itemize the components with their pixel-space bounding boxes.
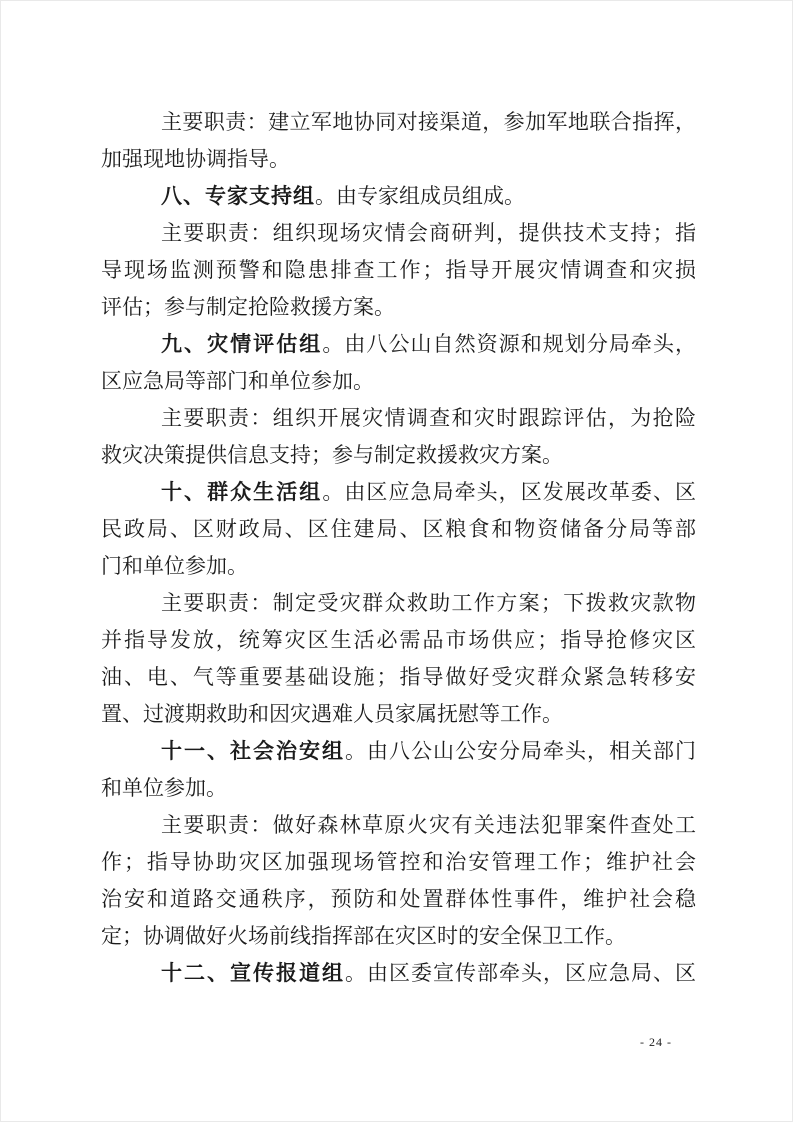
text-line: 救灾决策提供信息支持；参与制定救援救灾方案。 bbox=[101, 437, 696, 474]
section-line: 十二、宣传报道组。由区委宣传部牵头，区应急局、区 bbox=[101, 955, 696, 992]
line-text: 。由区委宣传部牵头，区应急局、区 bbox=[345, 961, 696, 985]
document-page: 主要职责：建立军地协同对接渠道，参加军地联合指挥，加强现地协调指导。八、专家支持… bbox=[0, 0, 793, 1122]
section-heading: 八、专家支持组 bbox=[161, 185, 315, 208]
section-heading: 十、群众生活组 bbox=[161, 481, 322, 504]
line-text: 区应急局等部门和单位参加。 bbox=[101, 369, 374, 393]
line-text: 主要职责：做好森林草原火灾有关违法犯罪案件查处工 bbox=[161, 813, 696, 837]
line-text: 治安和道路交通秩序，预防和处置群体性事件，维护社会稳 bbox=[101, 887, 696, 911]
text-line: 主要职责：组织现场灾情会商研判，提供技术支持；指 bbox=[101, 215, 696, 252]
text-line: 主要职责：制定受灾群众救助工作方案；下拨救灾款物 bbox=[101, 585, 696, 622]
line-text: 置、过渡期救助和因灾遇难人员家属抚慰等工作。 bbox=[101, 702, 563, 726]
line-text: 主要职责：建立军地协同对接渠道，参加军地联合指挥， bbox=[161, 110, 696, 134]
section-line: 九、灾情评估组。由八公山自然资源和规划分局牵头， bbox=[101, 326, 696, 363]
line-text: 和单位参加。 bbox=[101, 776, 227, 800]
line-text: 并指导发放，统筹灾区生活必需品市场供应；指导抢修灾区 bbox=[101, 628, 696, 652]
text-line: 评估；参与制定抢险救援方案。 bbox=[101, 289, 696, 326]
line-text: 主要职责：制定受灾群众救助工作方案；下拨救灾款物 bbox=[161, 591, 696, 615]
line-text: 评估；参与制定抢险救援方案。 bbox=[101, 295, 395, 319]
line-text: 民政局、区财政局、区住建局、区粮食和物资储备分局等部 bbox=[101, 517, 696, 541]
text-line: 加强现地协调指导。 bbox=[101, 141, 696, 178]
line-text: 油、电、气等重要基础设施；指导做好受灾群众紧急转移安 bbox=[101, 665, 696, 689]
page-number: - 24 - bbox=[640, 1034, 672, 1050]
section-line: 十、群众生活组。由区应急局牵头，区发展改革委、区 bbox=[101, 474, 696, 511]
line-text: 门和单位参加。 bbox=[101, 554, 248, 578]
line-text: 加强现地协调指导。 bbox=[101, 147, 290, 171]
text-line: 并指导发放，统筹灾区生活必需品市场供应；指导抢修灾区 bbox=[101, 622, 696, 659]
section-heading: 九、灾情评估组 bbox=[161, 333, 322, 356]
text-line: 作；指导协助灾区加强现场管控和治安管理工作；维护社会 bbox=[101, 844, 696, 881]
text-line: 门和单位参加。 bbox=[101, 548, 696, 585]
text-line: 和单位参加。 bbox=[101, 770, 696, 807]
line-text: 作；指导协助灾区加强现场管控和治安管理工作；维护社会 bbox=[101, 850, 696, 874]
section-heading: 十二、宣传报道组 bbox=[161, 962, 345, 985]
line-text: 。由专家组成员组成。 bbox=[315, 184, 525, 208]
line-text: 。由区应急局牵头，区发展改革委、区 bbox=[322, 480, 696, 504]
text-line: 导现场监测预警和隐患排查工作；指导开展灾情调查和灾损 bbox=[101, 252, 696, 289]
line-text: 主要职责：组织现场灾情会商研判，提供技术支持；指 bbox=[161, 221, 696, 245]
line-text: 主要职责：组织开展灾情调查和灾时跟踪评估，为抢险 bbox=[161, 406, 696, 430]
section-line: 十一、社会治安组。由八公山公安分局牵头，相关部门 bbox=[101, 733, 696, 770]
document-body: 主要职责：建立军地协同对接渠道，参加军地联合指挥，加强现地协调指导。八、专家支持… bbox=[101, 104, 696, 992]
text-line: 区应急局等部门和单位参加。 bbox=[101, 363, 696, 400]
text-line: 治安和道路交通秩序，预防和处置群体性事件，维护社会稳 bbox=[101, 881, 696, 918]
text-line: 民政局、区财政局、区住建局、区粮食和物资储备分局等部 bbox=[101, 511, 696, 548]
text-line: 油、电、气等重要基础设施；指导做好受灾群众紧急转移安 bbox=[101, 659, 696, 696]
line-text: 定；协调做好火场前线指挥部在灾区时的安全保卫工作。 bbox=[101, 924, 626, 948]
line-text: 救灾决策提供信息支持；参与制定救援救灾方案。 bbox=[101, 443, 563, 467]
section-line: 八、专家支持组。由专家组成员组成。 bbox=[101, 178, 696, 215]
text-line: 定；协调做好火场前线指挥部在灾区时的安全保卫工作。 bbox=[101, 918, 696, 955]
section-heading: 十一、社会治安组 bbox=[161, 740, 345, 763]
text-line: 置、过渡期救助和因灾遇难人员家属抚慰等工作。 bbox=[101, 696, 696, 733]
text-line: 主要职责：建立军地协同对接渠道，参加军地联合指挥， bbox=[101, 104, 696, 141]
line-text: 。由八公山自然资源和规划分局牵头， bbox=[322, 332, 696, 356]
text-line: 主要职责：做好森林草原火灾有关违法犯罪案件查处工 bbox=[101, 807, 696, 844]
line-text: 导现场监测预警和隐患排查工作；指导开展灾情调查和灾损 bbox=[101, 258, 696, 282]
text-line: 主要职责：组织开展灾情调查和灾时跟踪评估，为抢险 bbox=[101, 400, 696, 437]
line-text: 。由八公山公安分局牵头，相关部门 bbox=[345, 739, 696, 763]
